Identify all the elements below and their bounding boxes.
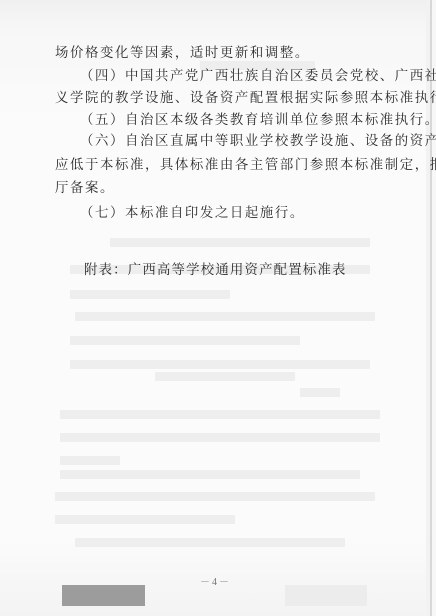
paragraph-6-line-2: 应低于本标准，具体标准由各主管部门参照本标准制定，报财政 (55, 157, 385, 175)
paragraph-6-line-1: （六）自治区直属中等职业学校教学设施、设备的资产配置 (80, 133, 410, 151)
paragraph-4-line-1: （四）中国共产党广西壮族自治区委员会党校、广西社会主 (80, 68, 410, 86)
page-number: －4－ (200, 573, 231, 588)
paragraph-4-line-2: 义学院的教学设施、设备资产配置根据实际参照本标准执行。 (55, 90, 385, 108)
faint-stamp (285, 585, 367, 606)
redaction-box (62, 585, 145, 606)
document-page: 场价格变化等因素，适时更新和调整。 （四）中国共产党广西壮族自治区委员会党校、广… (0, 0, 432, 616)
paragraph-6-line-3: 厅备案。 (55, 180, 385, 198)
paragraph-7: （七）本标准自印发之日起施行。 (80, 205, 410, 223)
paragraph-3-continuation: 场价格变化等因素，适时更新和调整。 (55, 45, 385, 63)
attachment-title: 附表：广西高等学校通用资产配置标准表 (84, 262, 414, 280)
paragraph-5: （五）自治区本级各类教育培训单位参照本标准执行。 (80, 112, 410, 130)
